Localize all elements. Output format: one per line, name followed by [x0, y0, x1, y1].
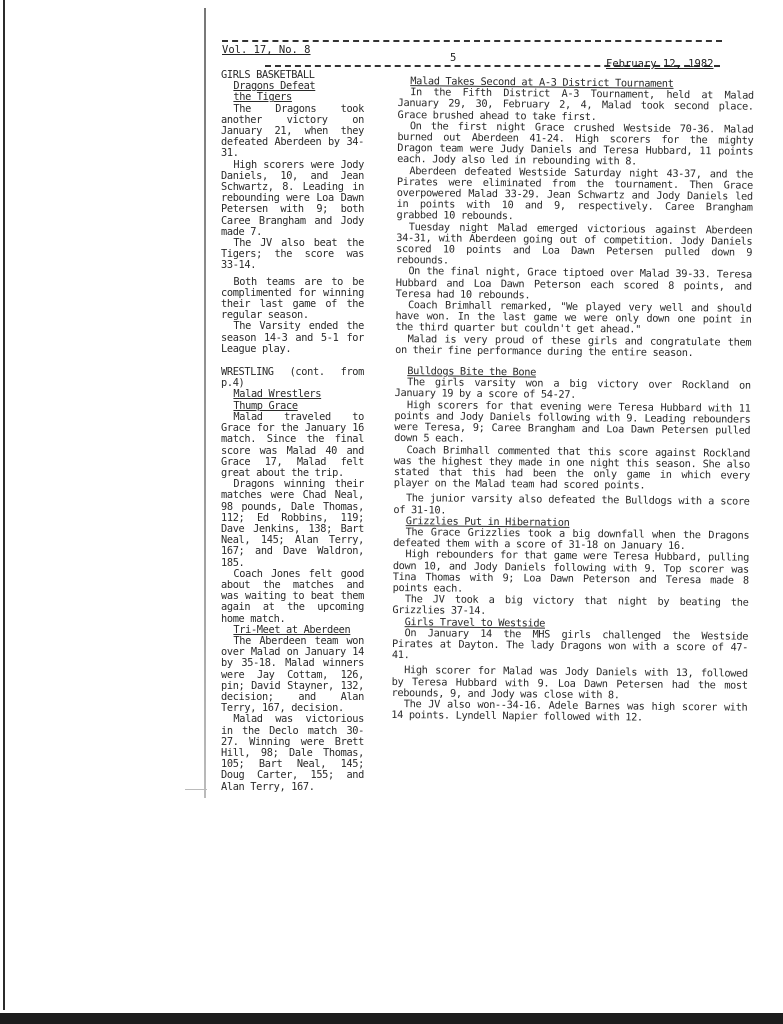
article-paragraph: The Varsity ended the season 14-3 and 5-…: [221, 321, 364, 355]
article-paragraph: The Dragons took another victory on Janu…: [221, 104, 364, 160]
article-paragraph: On the first night Grace crushed Westsid…: [397, 121, 753, 170]
article-paragraph: The Aberdeen team won over Malad on Janu…: [221, 636, 364, 714]
left-column: GIRLS BASKETBALL Dragons Defeat the Tige…: [221, 70, 364, 793]
page-margin-rule: [204, 8, 206, 798]
article-paragraph: In the Fifth District A-3 Tournament, he…: [398, 87, 754, 124]
article-paragraph: Malad was victorious in the Declo match …: [221, 714, 364, 792]
article-paragraph: Coach Jones felt good about the matches …: [221, 569, 364, 625]
article-paragraph: Coach Brimhall commented that this score…: [394, 444, 750, 493]
scan-edge-bottom: [0, 1013, 783, 1024]
right-column: Malad Takes Second at A-3 District Tourn…: [391, 76, 754, 725]
volume-number: Vol. 17, No. 8: [222, 44, 311, 56]
issue-date: February 12, 1982: [606, 58, 713, 70]
page-number: 5: [450, 52, 456, 64]
headline-the-tigers: the Tigers: [221, 92, 364, 103]
article-paragraph: On January 14 the MHS girls challenged t…: [392, 628, 748, 665]
article-paragraph: High scorers for that evening were Teres…: [394, 400, 750, 449]
article-paragraph: The JV also beat the Tigers; the score w…: [221, 238, 364, 272]
headline-malad-wrestlers: Malad Wrestlers: [221, 389, 364, 400]
article-paragraph: Aberdeen defeated Westside Saturday nigh…: [396, 166, 753, 226]
article-paragraph: Tuesday night Malad emerged victorious a…: [396, 222, 752, 271]
article-paragraph: On the final night, Grace tiptoed over M…: [396, 266, 752, 303]
article-paragraph: High rebounders for that game were Teres…: [393, 549, 749, 598]
article-paragraph: High scorers were Jody Daniels, 10, and …: [221, 160, 364, 238]
header-dashed-rule-top: [222, 40, 722, 42]
article-paragraph: Malad is very proud of these girls and c…: [395, 334, 751, 360]
margin-tick: [185, 789, 207, 790]
article-paragraph: The JV also won--34-16. Adele Barnes was…: [391, 699, 747, 725]
article-paragraph: Dragons winning their matches were Chad …: [221, 479, 364, 569]
article-paragraph: Coach Brimhall remarked, "We played very…: [395, 300, 751, 337]
article-paragraph: Malad traveled to Grace for the January …: [221, 412, 364, 479]
section-title-wrestling: WRESTLING (cont. from p.4): [221, 367, 364, 389]
article-paragraph: Both teams are to be complimented for wi…: [221, 277, 364, 322]
article-paragraph: High scorer for Malad was Jody Daniels w…: [391, 665, 747, 702]
scan-edge-left: [3, 0, 5, 1010]
